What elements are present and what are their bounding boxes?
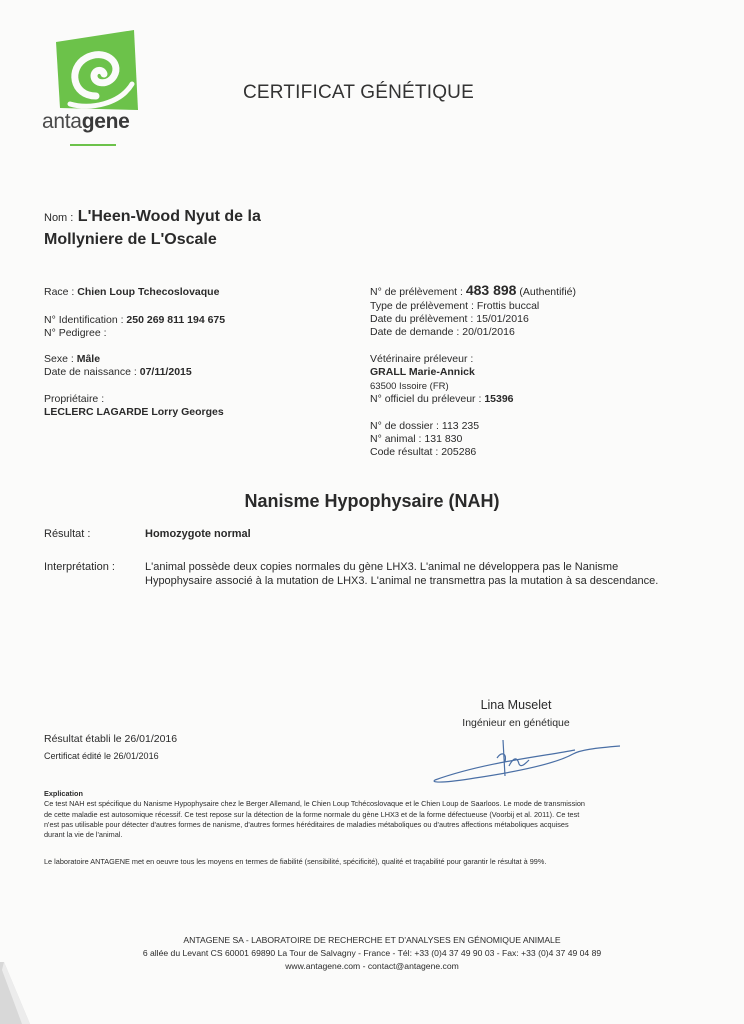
test-title: Nanisme Hypophysaire (NAH)	[0, 491, 744, 512]
request-date-field: Date de demande : 20/01/2016	[370, 326, 515, 340]
vet-name: GRALL Marie-Annick	[370, 366, 475, 380]
dossier-field: N° de dossier : 113 235	[370, 420, 479, 434]
animal-number-field: N° animal : 131 830	[370, 433, 462, 447]
logo-wordmark: antagene	[42, 110, 130, 134]
vet-location: 63500 Issoire (FR)	[370, 380, 449, 394]
interpretation-text: L'animal possède deux copies normales du…	[145, 561, 705, 588]
signer-name: Lina Muselet	[460, 698, 572, 712]
interpretation-label: Interprétation :	[44, 561, 115, 573]
owner-label: Propriétaire :	[44, 393, 104, 407]
race-field: Race : Chien Loup Tchecoslovaque	[44, 286, 219, 300]
result-label: Résultat :	[44, 528, 90, 540]
footer-address: 6 allée du Levant CS 60001 69890 La Tour…	[0, 947, 744, 960]
footer-web-contact: www.antagene.com - contact@antagene.com	[0, 960, 744, 973]
footer-company: ANTAGENE SA - LABORATOIRE DE RECHERCHE E…	[0, 934, 744, 947]
swirl-logo-icon	[50, 28, 142, 112]
result-value: Homozygote normal	[145, 528, 251, 540]
vet-label: Vétérinaire préleveur :	[370, 353, 473, 367]
result-code-field: Code résultat : 205286	[370, 446, 476, 460]
signature-icon	[425, 738, 625, 788]
certificate-edited-date: Certificat édité le 26/01/2016	[44, 751, 159, 761]
animal-name: Nom : L'Heen-Wood Nyut de la Mollyniere …	[44, 206, 344, 251]
birth-date-field: Date de naissance : 07/11/2015	[44, 366, 192, 380]
signer-role: Ingénieur en génétique	[445, 717, 587, 729]
logo-underline	[70, 144, 116, 146]
lab-reliability-note: Le laboratoire ANTAGENE met en oeuvre to…	[44, 857, 704, 866]
owner-name: LECLERC LAGARDE Lorry Georges	[44, 406, 224, 420]
identification-field: N° Identification : 250 269 811 194 675	[44, 314, 225, 328]
page-title: CERTIFICAT GÉNÉTIQUE	[243, 82, 474, 104]
pedigree-field: N° Pedigree :	[44, 327, 107, 341]
antagene-logo: antagene	[40, 28, 144, 153]
result-established-date: Résultat établi le 26/01/2016	[44, 733, 177, 745]
vet-official-number: N° officiel du préleveur : 15396	[370, 393, 514, 407]
sample-date-field: Date du prélèvement : 15/01/2016	[370, 313, 529, 327]
sex-field: Sexe : Mâle	[44, 353, 100, 367]
sample-number-field: N° de prélèvement : 483 898 (Authentifié…	[370, 284, 576, 300]
sample-type-field: Type de prélèvement : Frottis buccal	[370, 300, 539, 314]
page-fold-shadow	[0, 962, 32, 1024]
explanation-block: Explication Ce test NAH est spécifique d…	[44, 789, 684, 840]
